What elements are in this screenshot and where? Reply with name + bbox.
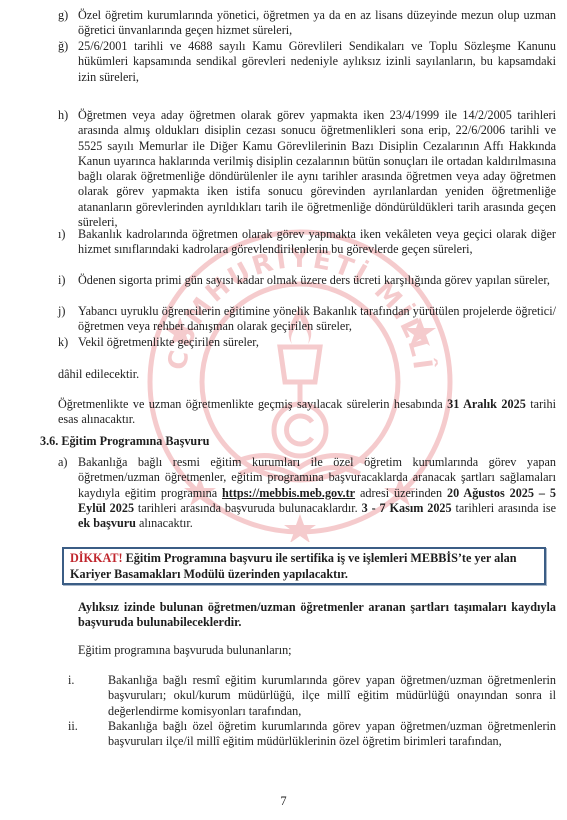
list-item-i: i) Ödenen sigorta primi gün sayısı kadar… <box>58 273 556 288</box>
list-text: Bakanlık kadrolarında öğretmen olarak gö… <box>78 227 556 258</box>
list-label: j) <box>58 304 78 335</box>
list-label: i. <box>68 673 108 719</box>
section-number: 3.6. <box>40 434 58 448</box>
text-run: alınacaktır. <box>136 516 193 530</box>
calc-note: Öğretmenlikte ve uzman öğretmenlikte geç… <box>58 397 556 428</box>
list-text: Ödenen sigorta primi gün sayısı kadar ol… <box>78 273 556 288</box>
document-page: CUMHURİYETİ MİLLÎ EĞİTİM BAKANLIĞI g) Öz… <box>0 0 567 820</box>
list-item-gg: ğ) 25/6/2001 tarihli ve 4688 sayılı Kamu… <box>58 39 556 85</box>
list-text: Öğretmen veya aday öğretmen olarak görev… <box>78 108 556 230</box>
list-item-a: a) Bakanlığa bağlı resmi eğitim kurumlar… <box>58 455 556 531</box>
roman-item-i: i. Bakanlığa bağlı resmî eğitim kurumlar… <box>68 673 556 719</box>
list-text: Özel öğretim kurumlarında yönetici, öğre… <box>78 8 556 39</box>
text-run: tarihleri arasında başvuruda bulunacakla… <box>134 501 362 515</box>
text-run: tarihleri arasında ise <box>452 501 556 515</box>
list-label: g) <box>58 8 78 39</box>
list-item-k: k) Vekil öğretmenlikte geçirilen süreler… <box>58 335 556 350</box>
section-heading: 3.6. Eğitim Programına Başvuru <box>40 434 556 449</box>
list-label: a) <box>58 455 78 531</box>
list-text: Yabancı uyruklu öğrencilerin eğitimine y… <box>78 304 556 335</box>
mebbis-link[interactable]: https://mebbis.meb.gov.tr <box>222 486 355 500</box>
unpaid-leave-note: Aylıksız izinde bulunan öğretmen/uzman ö… <box>78 600 556 631</box>
list-label: ii. <box>68 719 108 750</box>
list-label: h) <box>58 108 78 230</box>
list-label: ğ) <box>58 39 78 85</box>
list-text: Bakanlığa bağlı özel öğretim kurumlarınd… <box>108 719 556 750</box>
list-text: Vekil öğretmenlikte geçirilen süreler, <box>78 335 556 350</box>
included-text: dâhil edilecektir. <box>58 367 556 382</box>
applicants-intro: Eğitim programına başvuruda bulunanların… <box>78 643 556 658</box>
roman-item-ii: ii. Bakanlığa bağlı özel öğretim kurumla… <box>68 719 556 750</box>
list-text: Bakanlığa bağlı resmi eğitim kurumları i… <box>78 455 556 531</box>
alert-box: DİKKAT! Eğitim Programına başvuru ile se… <box>62 547 546 585</box>
list-text: 25/6/2001 tarihli ve 4688 sayılı Kamu Gö… <box>78 39 556 85</box>
list-item-j: j) Yabancı uyruklu öğrencilerin eğitimin… <box>58 304 556 335</box>
list-label: i) <box>58 273 78 288</box>
page-number: 7 <box>0 794 567 809</box>
list-item-g: g) Özel öğretim kurumlarında yönetici, ö… <box>58 8 556 39</box>
list-text: Bakanlığa bağlı resmî eğitim kurumlarınd… <box>108 673 556 719</box>
text-run: adresi üzerinden <box>355 486 447 500</box>
list-label: ı) <box>58 227 78 258</box>
extra-application-label: ek başvuru <box>78 516 136 530</box>
alert-text: Eğitim Programına başvuru ile sertifika … <box>70 551 517 581</box>
list-item-dotless-i: ı) Bakanlık kadrolarında öğretmen olarak… <box>58 227 556 258</box>
list-item-h: h) Öğretmen veya aday öğretmen olarak gö… <box>58 108 556 230</box>
calc-note-text: Öğretmenlikte ve uzman öğretmenlikte geç… <box>58 397 447 411</box>
extra-application-dates: 3 - 7 Kasım 2025 <box>362 501 452 515</box>
list-label: k) <box>58 335 78 350</box>
alert-label: DİKKAT! <box>70 551 123 565</box>
calc-note-date: 31 Aralık 2025 <box>447 397 526 411</box>
section-title: Eğitim Programına Başvuru <box>61 434 209 448</box>
